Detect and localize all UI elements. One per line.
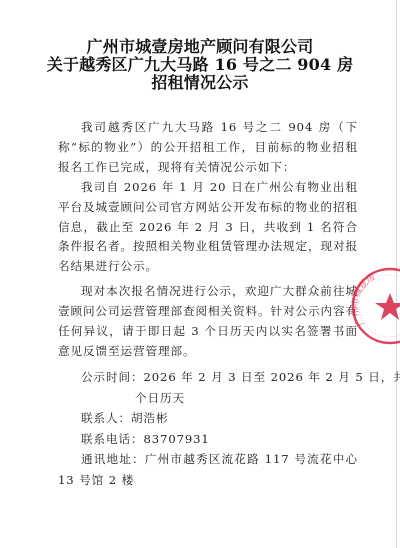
document-body: 我司越秀区广九大马路 16 号之二 904 房（下称“标的物业”）的公开招租工作… [58,118,358,362]
contact-label: 联系人： [81,411,131,425]
period-continuation: 个日历天 [58,388,358,409]
paragraph-objection: 现对本次报名情况进行公示，欢迎广大群众前往城壹顾问公司运营管理部查阅相关资料。针… [58,282,358,362]
paragraph-intro: 我司越秀区广九大马路 16 号之二 904 房（下称“标的物业”）的公开招租工作… [58,118,358,178]
publicity-period: 公示时间：2026 年 2 月 3 日至 2026 年 2 月 5 日，共 3 [58,367,358,388]
company-seal-stamp: 广州市城壹房 [350,266,400,346]
contact-address: 通讯地址：广州市越秀区流花路 117 号流花中心 13 号馆 2 楼 [58,449,358,490]
title-type: 招租情况公示 [0,74,400,92]
period-label: 公示时间： [81,370,143,384]
title-company: 广州市城壹房地产顾问有限公司 [0,38,400,56]
contact-person: 联系人：胡浩彬 [58,408,358,429]
phone-value: 83707931 [143,432,209,446]
title-subject: 关于越秀区广九大马路 16 号之二 904 房 [0,56,400,74]
contact-value: 胡浩彬 [131,411,168,425]
contact-phone: 联系电话：83707931 [58,429,358,450]
star-icon [375,293,400,320]
address-label: 通讯地址： [81,452,145,466]
info-block: 公示时间：2026 年 2 月 3 日至 2026 年 2 月 5 日，共 3 … [58,367,358,490]
document-title: 广州市城壹房地产顾问有限公司 关于越秀区广九大马路 16 号之二 904 房 招… [0,38,400,92]
period-value: 2026 年 2 月 3 日至 2026 年 2 月 5 日，共 3 [143,370,400,384]
phone-label: 联系电话： [81,432,143,446]
paragraph-registration: 我司自 2026 年 1 月 20 日在广州公有物业出租平台及城壹顾问公司官方网… [58,178,358,278]
